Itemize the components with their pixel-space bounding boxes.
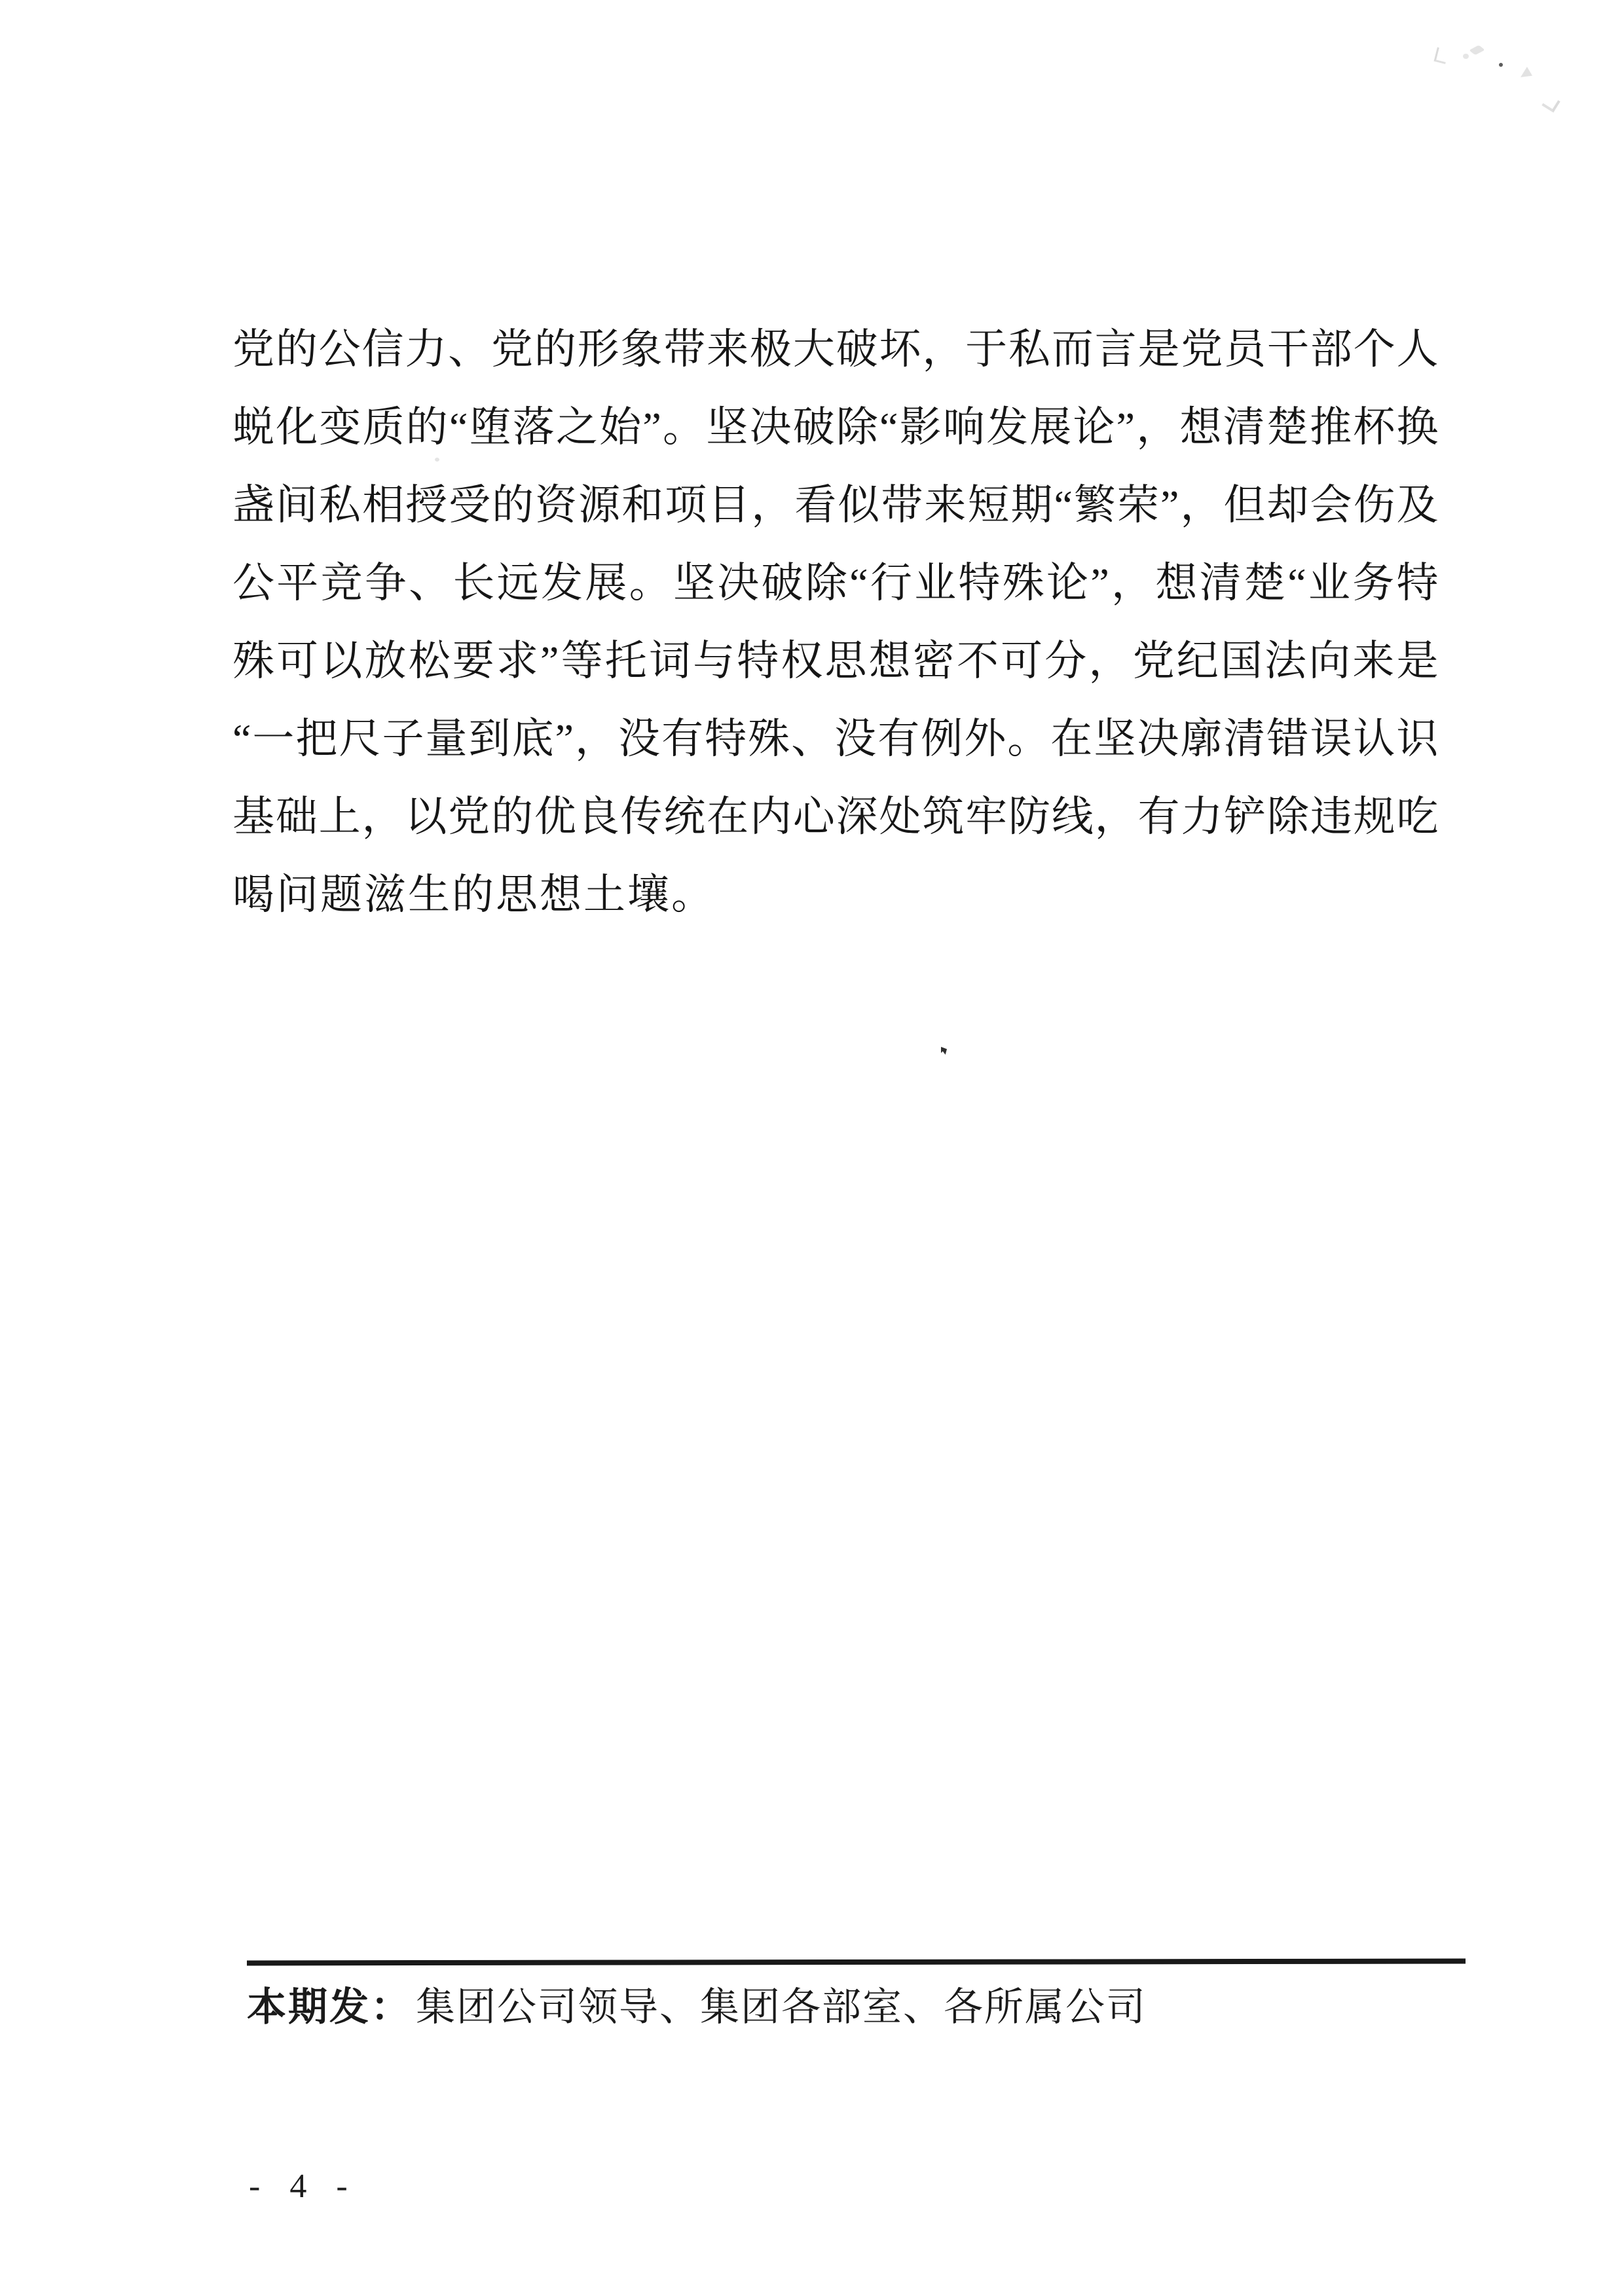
paragraph-line: 喝问题滋生的思想土壤。: [232, 856, 1439, 934]
distribution-line: 本期发：集团公司领导、集团各部室、各所属公司: [247, 1978, 1147, 2036]
distribution-label: 本期发：: [247, 1985, 412, 2029]
paragraph-line: 基础上，以党的优良传统在内心深处筑牢防线，有力铲除违规吃: [232, 778, 1439, 856]
paragraph-line: 公平竞争、长远发展。坚决破除“行业特殊论”，想清楚“业务特: [232, 544, 1439, 622]
scan-artifact: [1434, 47, 1449, 64]
paragraph-line: 党的公信力、党的形象带来极大破坏，于私而言是党员干部个人: [232, 310, 1439, 388]
distribution-recipients: 集团公司领导、集团各部室、各所属公司: [416, 1986, 1147, 2029]
footer-divider: [247, 1959, 1466, 1966]
scan-artifact: [1521, 67, 1532, 77]
paragraph-line: “一把尺子量到底”，没有特殊、没有例外。在坚决廓清错误认识: [232, 700, 1439, 778]
paragraph-line: 蜕化变质的“堕落之始”。坚决破除“影响发展论”，想清楚推杯换: [232, 388, 1439, 466]
scan-artifact: [1463, 54, 1469, 59]
paragraph-line: 殊可以放松要求”等托词与特权思想密不可分，党纪国法向来是: [232, 622, 1439, 700]
scan-artifact: [941, 1047, 947, 1055]
document-page: 党的公信力、党的形象带来极大破坏，于私而言是党员干部个人 蜕化变质的“堕落之始”…: [0, 0, 1624, 2296]
paragraph-line: 盏间私相授受的资源和项目，看似带来短期“繁荣”，但却会伤及: [232, 466, 1439, 544]
body-paragraph: 党的公信力、党的形象带来极大破坏，于私而言是党员干部个人 蜕化变质的“堕落之始”…: [232, 310, 1439, 934]
scan-artifact: [1499, 63, 1503, 67]
page-number: - 4 -: [249, 2167, 358, 2206]
scan-artifact: [1469, 45, 1485, 55]
scan-artifact: [1541, 94, 1560, 113]
